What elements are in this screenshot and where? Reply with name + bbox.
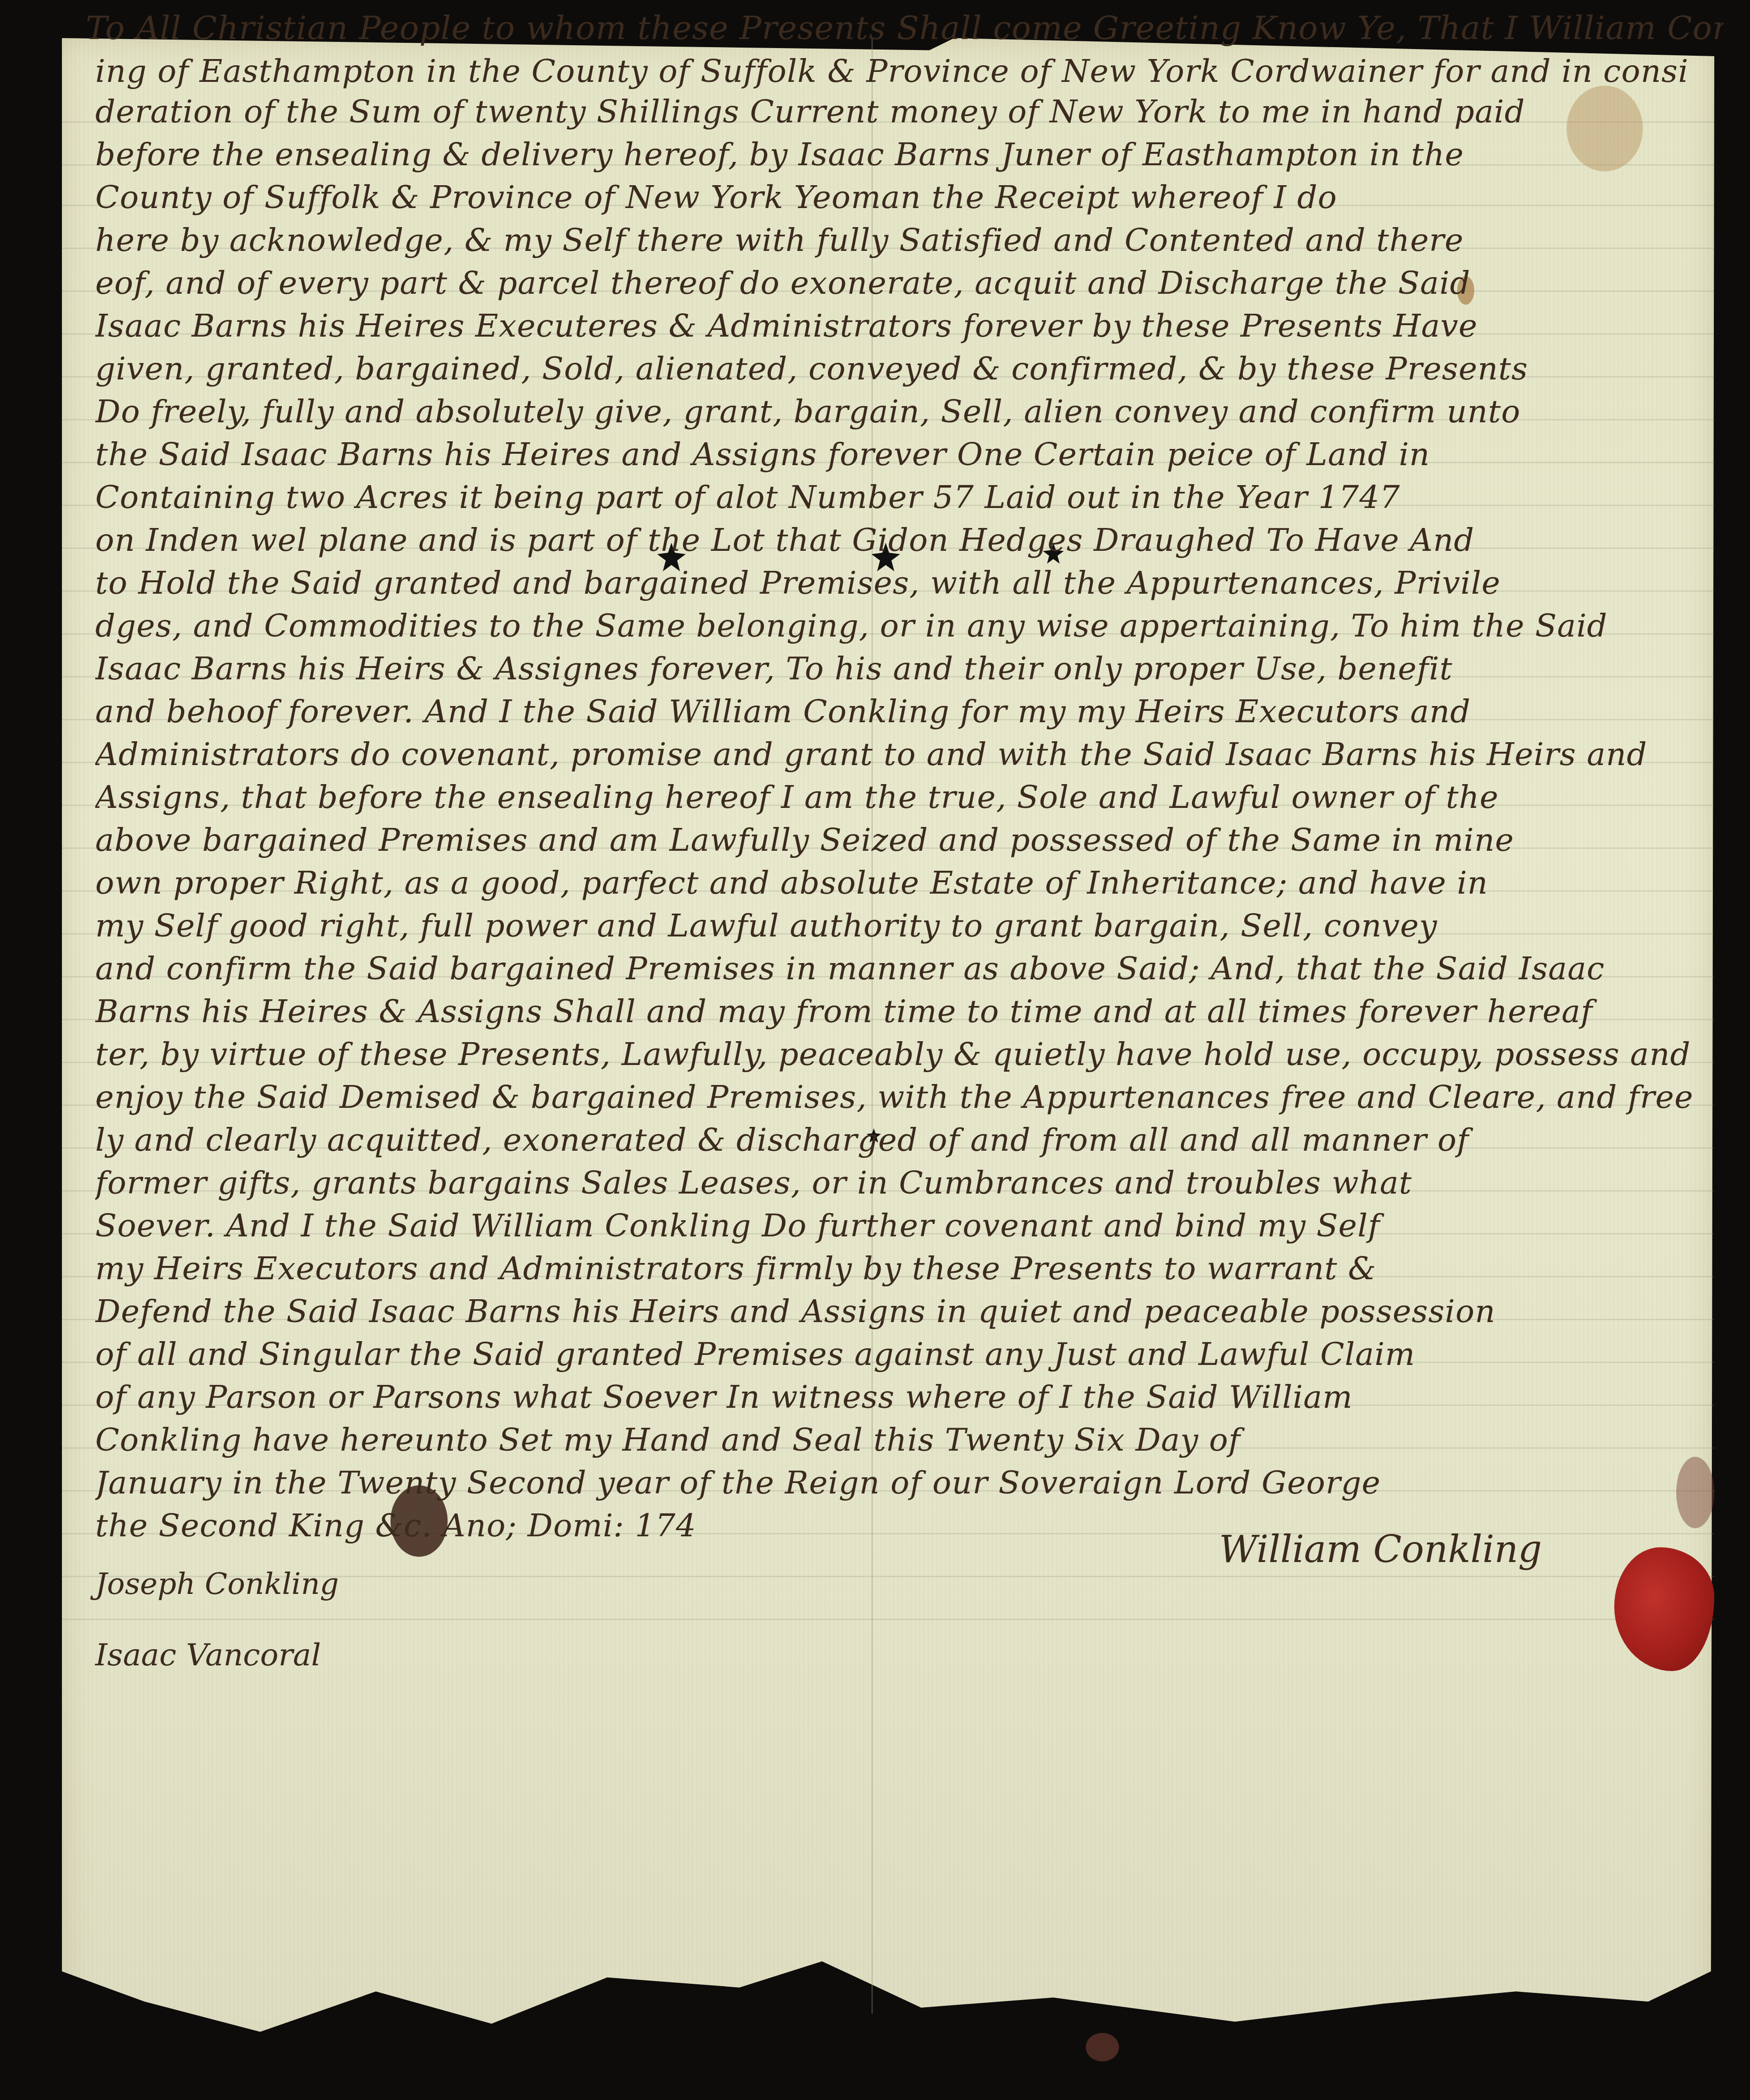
deed-line: Isaac Barns his Heires Executeres & Admi… (95, 307, 1733, 345)
deed-line: of any Parson or Parsons what Soever In … (95, 1378, 1733, 1416)
deed-line: and confirm the Said bargained Premises … (95, 950, 1733, 988)
deed-line: To All Christian People to whom these Pr… (86, 10, 1724, 48)
deed-line: above bargained Premises and am Lawfully… (95, 821, 1733, 859)
deed-line: the Said Isaac Barns his Heires and Assi… (95, 436, 1733, 474)
deed-line: of all and Singular the Said granted Pre… (95, 1335, 1733, 1373)
deed-line: Containing two Acres it being part of al… (95, 478, 1733, 517)
deed-line: County of Suffolk & Province of New York… (95, 179, 1733, 217)
deed-line: deration of the Sum of twenty Shillings … (95, 93, 1733, 131)
witness-signature-joseph-conkling: Joseph Conkling (95, 1566, 339, 1601)
witness-signature-isaac-vancoral: Isaac Vancoral (95, 1638, 321, 1673)
deed-line: on Inden wel plane and is part of the Lo… (95, 521, 1733, 559)
deed-line: ly and clearly acquitted, exonerated & d… (95, 1121, 1733, 1159)
deed-line: and behoof forever. And I the Said Willi… (95, 693, 1733, 731)
deed-line: Do freely, fully and absolutely give, gr… (95, 393, 1733, 431)
rule-line (62, 1619, 1714, 1620)
deed-line: my Self good right, full power and Lawfu… (95, 907, 1733, 945)
deed-line: ing of Easthampton in the County of Suff… (95, 52, 1733, 90)
deed-line: my Heirs Executors and Administrators fi… (95, 1250, 1733, 1288)
deed-line: former gifts, grants bargains Sales Leas… (95, 1164, 1733, 1202)
deed-line: to Hold the Said granted and bargained P… (95, 564, 1733, 602)
deed-line: Conkling have hereunto Set my Hand and S… (95, 1421, 1733, 1459)
ink-blot (1086, 2033, 1119, 2061)
deed-line: eof, and of every part & parcel thereof … (95, 264, 1733, 302)
deed-line: Isaac Barns his Heirs & Assignes forever… (95, 650, 1733, 688)
deed-line: Defend the Said Isaac Barns his Heirs an… (95, 1293, 1733, 1331)
deed-line: enjoy the Said Demised & bargained Premi… (95, 1078, 1733, 1116)
deed-line: given, granted, bargained, Sold, alienat… (95, 350, 1733, 388)
deed-line: Administrators do covenant, promise and … (95, 736, 1733, 774)
deed-line: dges, and Commodities to the Same belong… (95, 607, 1733, 645)
deed-line: ter, by virtue of these Presents, Lawful… (95, 1035, 1733, 1074)
deed-line: here by acknowledge, & my Self there wit… (95, 221, 1733, 259)
deed-line: Soever. And I the Said William Conkling … (95, 1207, 1733, 1245)
deed-line: January in the Twenty Second year of the… (95, 1464, 1733, 1502)
grantor-signature-william-conkling: William Conkling (1219, 1528, 1542, 1571)
deed-line: Barns his Heires & Assigns Shall and may… (95, 993, 1733, 1031)
deed-line: before the ensealing & delivery hereof, … (95, 136, 1733, 174)
deed-line: own proper Right, as a good, parfect and… (95, 864, 1733, 902)
deed-line: Assigns, that before the ensealing hereo… (95, 778, 1733, 816)
